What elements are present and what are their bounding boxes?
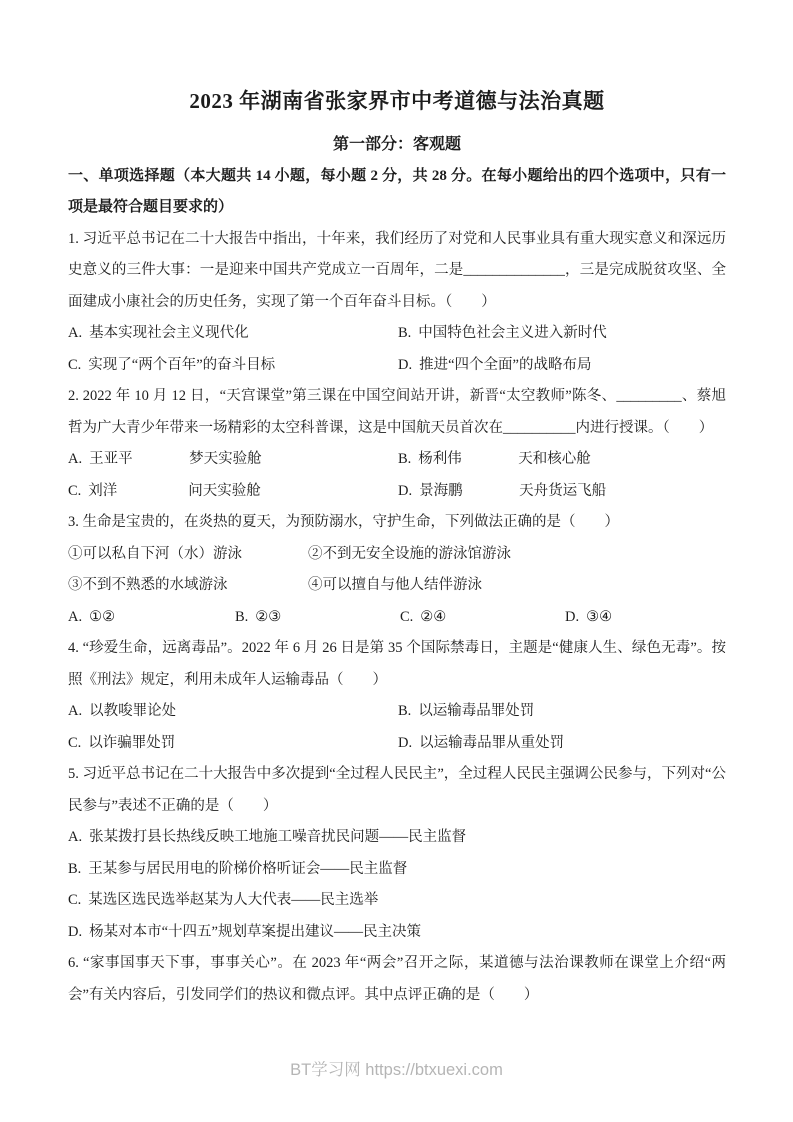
question-sub-items: ①可以私自下河（水）游泳 ②不到无安全设施的游泳馆游泳 ③不到不熟悉的水域游泳 … — [68, 539, 726, 602]
option-d: D.③④ — [565, 602, 726, 634]
question-stem: 3. 生命是宝贵的，在炎热的夏天，为预防溺水，守护生命，下列做法正确的是（ ） — [68, 507, 726, 539]
option-a: A.张某拨打县长热线反映工地施工噪音扰民问题——民主监督 — [68, 822, 726, 854]
option-label: C. — [68, 892, 81, 908]
section-heading: 第一部分：客观题 — [68, 129, 726, 161]
sub-item-3: ③不到不熟悉的水域游泳 — [68, 570, 308, 602]
option-a: A.王亚平梦天实验舱 — [68, 444, 398, 476]
option-text: 基本实现社会主义现代化 — [89, 325, 249, 341]
option-text: 以诈骗罪处罚 — [88, 735, 175, 751]
option-label: C. — [68, 483, 81, 499]
sub-item-1: ①可以私自下河（水）游泳 — [68, 539, 308, 571]
option-label: A. — [68, 451, 82, 467]
option-label: A. — [68, 703, 82, 719]
option-text: 中国特色社会主义进入新时代 — [418, 325, 607, 341]
watermark-text: BT学习网 https://btxuexi.com — [290, 1061, 503, 1079]
option-a: A.①② — [68, 602, 235, 634]
option-text: ②③ — [255, 609, 281, 625]
sub-item-4: ④可以擅自与他人结伴游泳 — [308, 570, 726, 602]
option-label: C. — [400, 609, 413, 625]
option-text: 某选区选民选举赵某为人大代表——民主选举 — [88, 892, 378, 908]
astronaut-name: 王亚平 — [89, 444, 189, 476]
option-a: A.以教唆罪论处 — [68, 696, 398, 728]
option-label: B. — [398, 325, 411, 341]
option-d: D.推进“四个全面”的战略布局 — [398, 350, 726, 382]
page-footer: BT学习网 https://btxuexi.com — [0, 1058, 793, 1082]
option-text: ①② — [89, 609, 115, 625]
option-label: D. — [398, 357, 412, 373]
option-label: C. — [68, 357, 81, 373]
option-text: 以运输毒品罪处罚 — [418, 703, 534, 719]
option-d: D.景海鹏天舟货运飞船 — [398, 476, 726, 508]
option-text: 以运输毒品罪从重处罚 — [419, 735, 564, 751]
option-label: A. — [68, 609, 82, 625]
module-name: 天和核心舱 — [518, 451, 591, 467]
page-title: 2023 年湖南省张家界市中考道德与法治真题 — [68, 86, 726, 116]
exam-paper-page: 2023 年湖南省张家界市中考道德与法治真题 第一部分：客观题 一、单项选择题（… — [0, 0, 793, 1122]
question-2: 2. 2022 年 10 月 12 日，“天宫课堂”第三课在中国空间站开讲，新晋… — [68, 381, 726, 507]
option-label: D. — [565, 609, 579, 625]
option-b: B.②③ — [235, 602, 400, 634]
question-stem: 1. 习近平总书记在二十大报告中指出，十年来，我们经历了对党和人民事业具有重大现… — [68, 224, 726, 319]
option-text: 张某拨打县长热线反映工地施工噪音扰民问题——民主监督 — [89, 829, 466, 845]
question-options: A.基本实现社会主义现代化 B.中国特色社会主义进入新时代 C.实现了“两个百年… — [68, 318, 726, 381]
option-text: 推进“四个全面”的战略布局 — [419, 357, 591, 373]
question-options: A.以教唆罪论处 B.以运输毒品罪处罚 C.以诈骗罪处罚 D.以运输毒品罪从重处… — [68, 696, 726, 759]
option-b: B.中国特色社会主义进入新时代 — [398, 318, 726, 350]
option-label: B. — [398, 451, 411, 467]
question-3: 3. 生命是宝贵的，在炎热的夏天，为预防溺水，守护生命，下列做法正确的是（ ） … — [68, 507, 726, 633]
question-stem: 2. 2022 年 10 月 12 日，“天宫课堂”第三课在中国空间站开讲，新晋… — [68, 381, 726, 444]
option-label: A. — [68, 829, 82, 845]
option-a: A.基本实现社会主义现代化 — [68, 318, 398, 350]
astronaut-name: 杨利伟 — [418, 444, 518, 476]
option-text: ③④ — [586, 609, 612, 625]
sub-item-2: ②不到无安全设施的游泳馆游泳 — [308, 539, 726, 571]
option-d: D.以运输毒品罪从重处罚 — [398, 728, 726, 760]
option-label: D. — [398, 735, 412, 751]
question-options: A.①② B.②③ C.②④ D.③④ — [68, 602, 726, 634]
question-stem: 6. “家事国事天下事，事事关心”。在 2023 年“两会”召开之际，某道德与法… — [68, 948, 726, 1011]
option-c: C.刘洋问天实验舱 — [68, 476, 398, 508]
option-text: 以教唆罪论处 — [89, 703, 176, 719]
option-label: B. — [235, 609, 248, 625]
module-name: 问天实验舱 — [188, 483, 261, 499]
question-stem: 4. “珍爱生命，远离毒品”。2022 年 6 月 26 日是第 35 个国际禁… — [68, 633, 726, 696]
option-c: C.某选区选民选举赵某为人大代表——民主选举 — [68, 885, 726, 917]
question-4: 4. “珍爱生命，远离毒品”。2022 年 6 月 26 日是第 35 个国际禁… — [68, 633, 726, 759]
option-c: C.以诈骗罪处罚 — [68, 728, 398, 760]
option-label: D. — [398, 483, 412, 499]
option-b: B.王某参与居民用电的阶梯价格听证会——民主监督 — [68, 854, 726, 886]
question-5: 5. 习近平总书记在二十大报告中多次提到“全过程人民民主”，全过程人民民主强调公… — [68, 759, 726, 948]
question-1: 1. 习近平总书记在二十大报告中指出，十年来，我们经历了对党和人民事业具有重大现… — [68, 224, 726, 382]
question-6: 6. “家事国事天下事，事事关心”。在 2023 年“两会”召开之际，某道德与法… — [68, 948, 726, 1011]
option-c: C.②④ — [400, 602, 565, 634]
module-name: 梦天实验舱 — [189, 451, 262, 467]
question-stem: 5. 习近平总书记在二十大报告中多次提到“全过程人民民主”，全过程人民民主强调公… — [68, 759, 726, 822]
option-text: ②④ — [420, 609, 446, 625]
question-options: A.王亚平梦天实验舱 B.杨利伟天和核心舱 C.刘洋问天实验舱 D.景海鹏天舟货… — [68, 444, 726, 507]
option-label: D. — [68, 924, 82, 940]
option-text: 实现了“两个百年”的奋斗目标 — [88, 357, 275, 373]
option-label: C. — [68, 735, 81, 751]
module-name: 天舟货运飞船 — [519, 483, 606, 499]
astronaut-name: 刘洋 — [88, 476, 188, 508]
option-text: 王某参与居民用电的阶梯价格听证会——民主监督 — [88, 861, 407, 877]
option-d: D.杨某对本市“十四五”规划草案提出建议——民主决策 — [68, 917, 726, 949]
option-c: C.实现了“两个百年”的奋斗目标 — [68, 350, 398, 382]
option-label: B. — [68, 861, 81, 877]
option-text: 杨某对本市“十四五”规划草案提出建议——民主决策 — [89, 924, 421, 940]
option-b: B.杨利伟天和核心舱 — [398, 444, 726, 476]
astronaut-name: 景海鹏 — [419, 476, 519, 508]
option-label: A. — [68, 325, 82, 341]
option-label: B. — [398, 703, 411, 719]
option-b: B.以运输毒品罪处罚 — [398, 696, 726, 728]
question-options: A.张某拨打县长热线反映工地施工噪音扰民问题——民主监督 B.王某参与居民用电的… — [68, 822, 726, 948]
exam-instructions: 一、单项选择题（本大题共 14 小题，每小题 2 分，共 28 分。在每小题给出… — [68, 161, 726, 224]
